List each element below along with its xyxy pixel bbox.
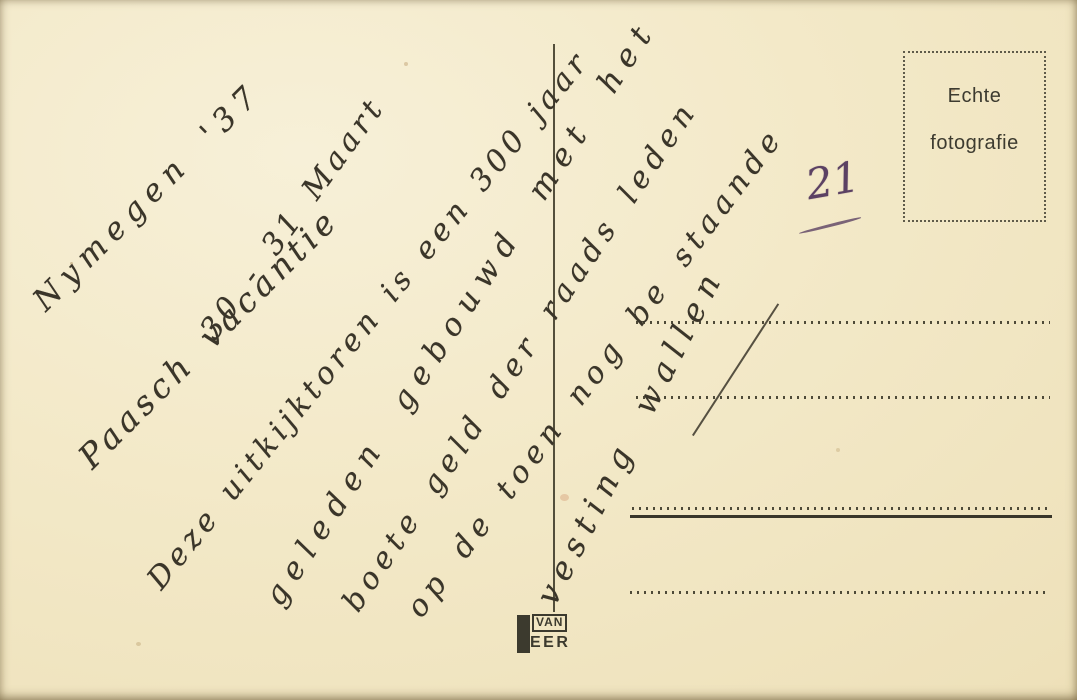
paper-speckle xyxy=(136,642,141,646)
address-dotted-line-3 xyxy=(632,507,1050,510)
logo-text-eer: EER xyxy=(530,633,570,652)
logo-letter-l-icon xyxy=(517,615,530,653)
collector-number-underline xyxy=(799,216,862,234)
paper-speckle xyxy=(404,62,408,66)
stamp-box-text-line2: fotografie xyxy=(930,132,1018,155)
paper-speckle xyxy=(560,494,569,501)
postcard-back: Echte fotografie Nymegen '37 30 - 31 Maa… xyxy=(0,0,1077,700)
publisher-logo-van-leer: VAN EER xyxy=(517,612,575,653)
address-dotted-line-4 xyxy=(630,591,1050,594)
address-solid-line xyxy=(630,515,1052,518)
address-dotted-line-2 xyxy=(636,396,1050,399)
logo-text-van: VAN xyxy=(532,614,567,632)
paper-speckle xyxy=(836,448,840,452)
collector-number: 21 xyxy=(802,152,863,210)
stamp-box: Echte fotografie xyxy=(903,51,1046,222)
stamp-box-text-line1: Echte xyxy=(948,85,1002,108)
